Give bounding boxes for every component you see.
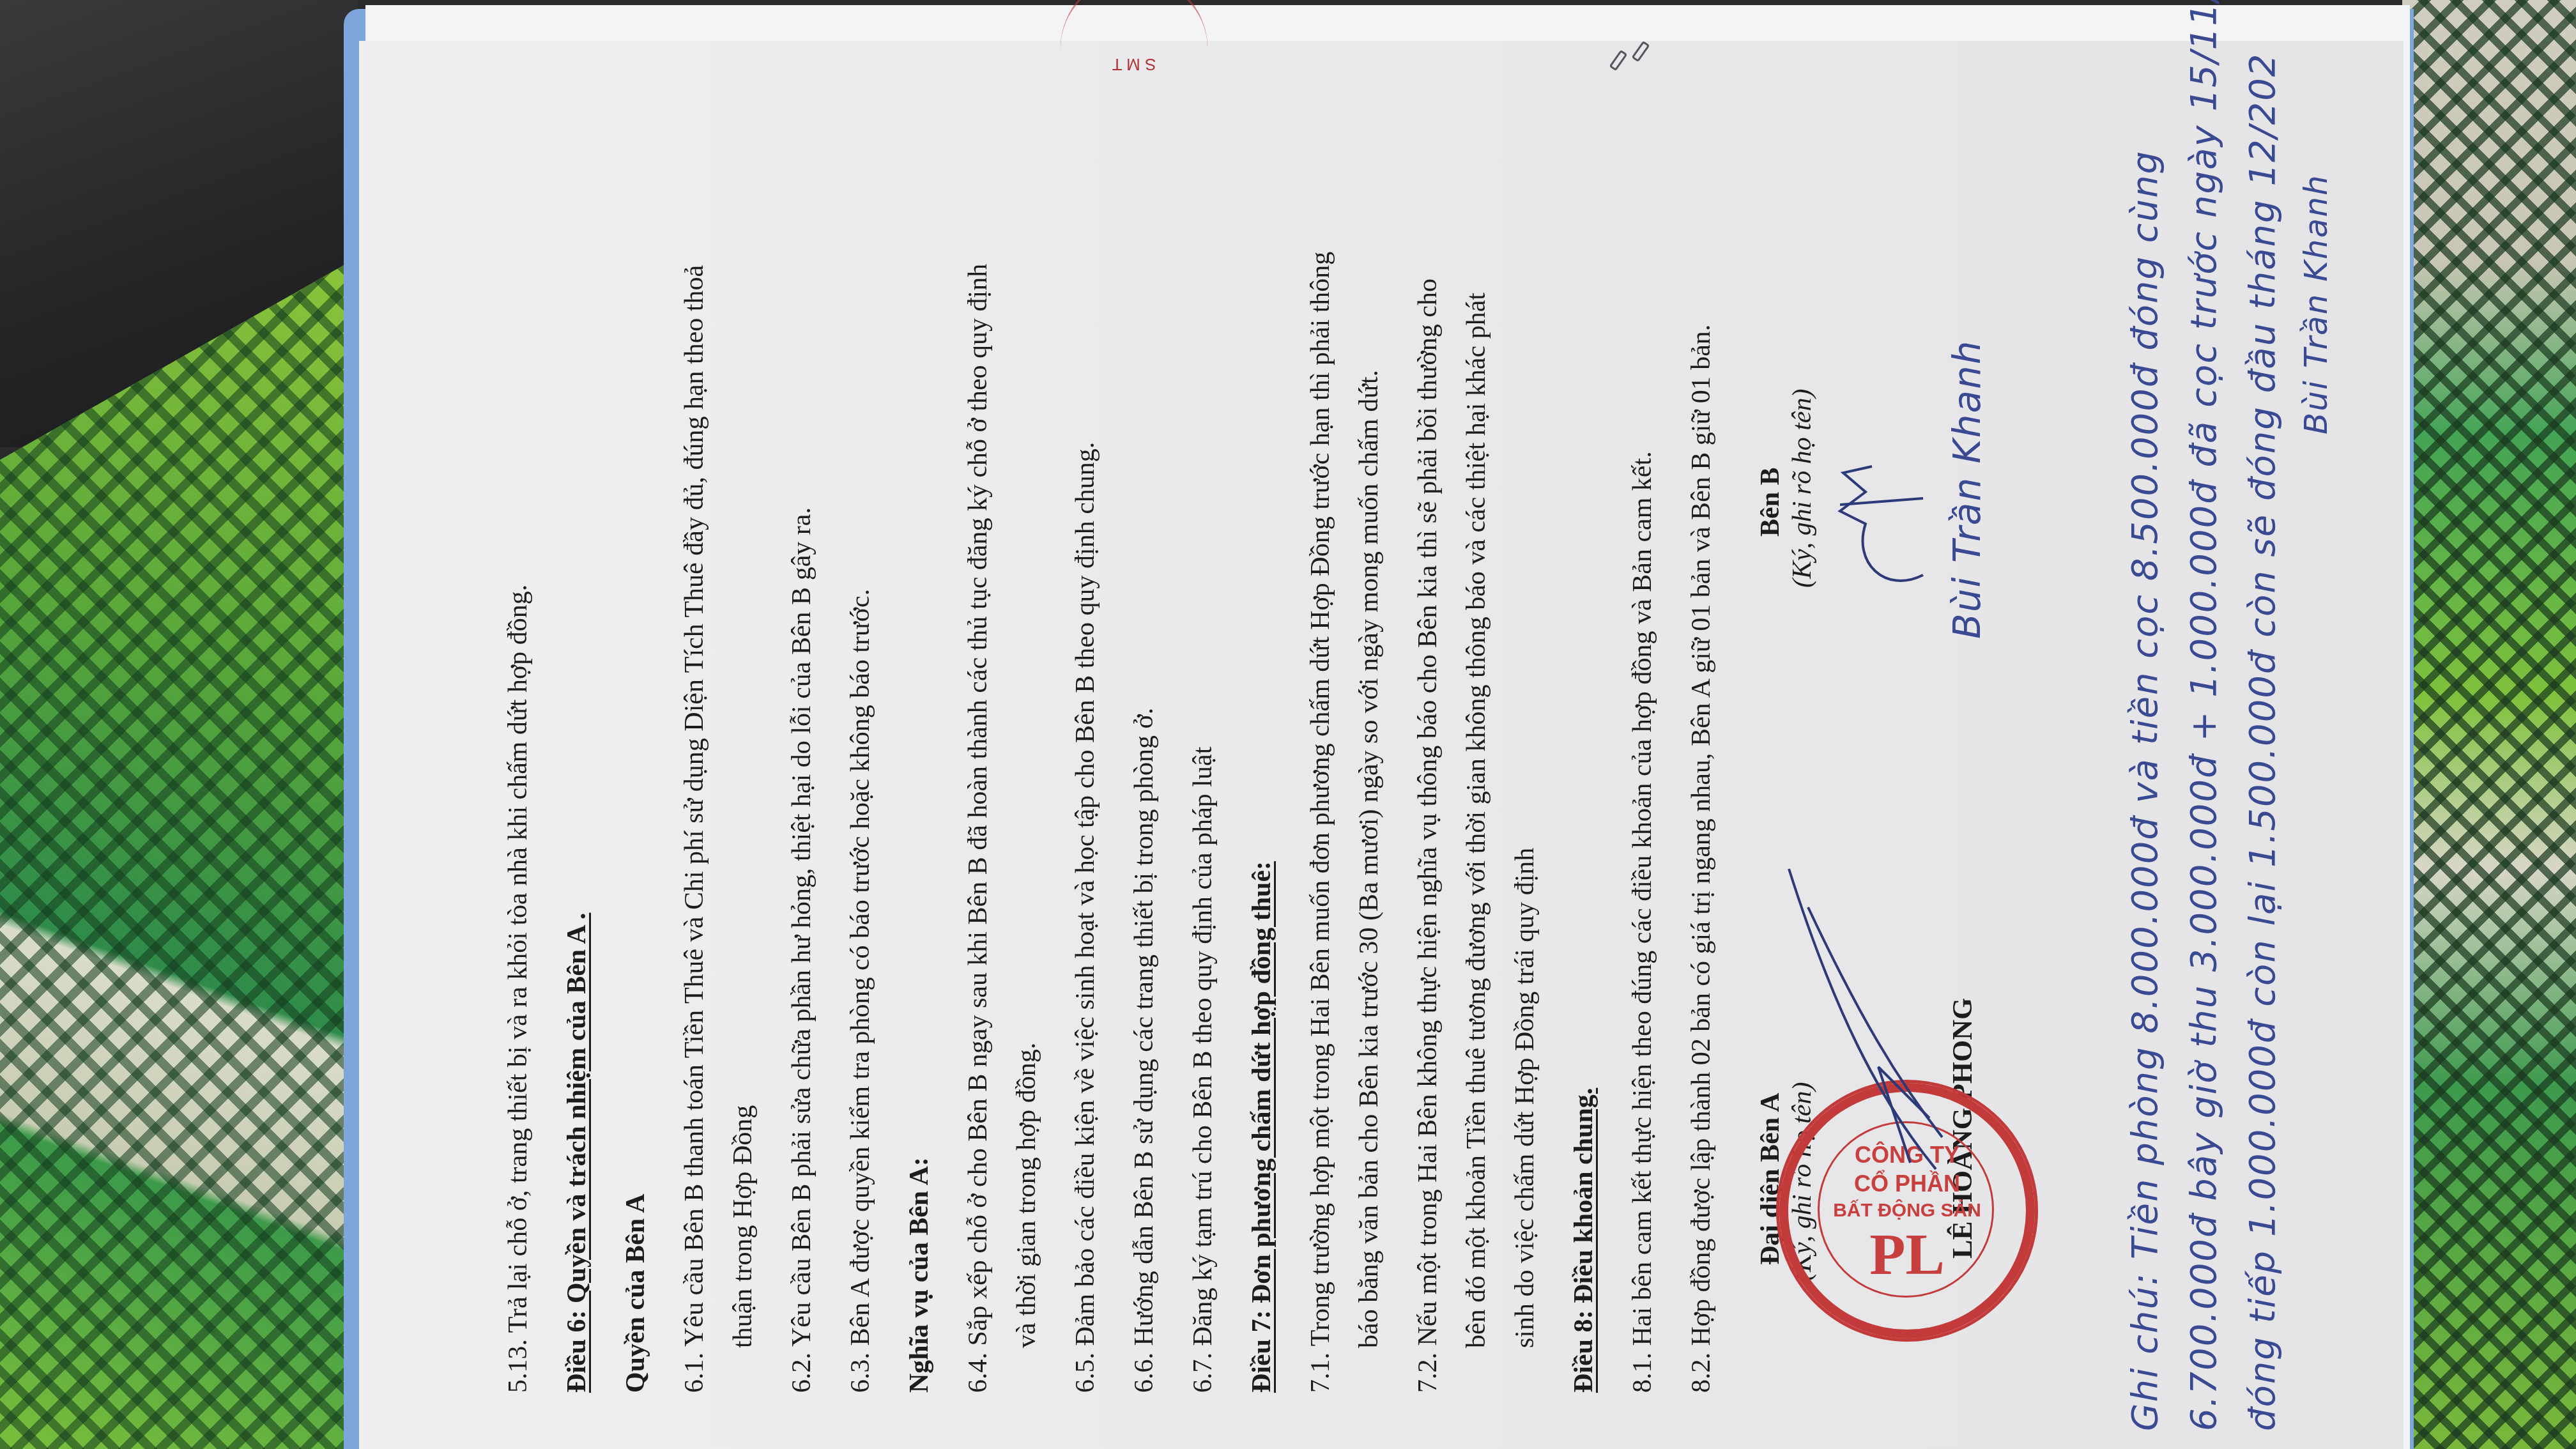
clause-6-6: 6.6. Hướng dẫn Bên B sử dụng các trang t… [1131, 708, 1158, 1393]
clause-6-2: 6.2. Yêu cầu Bên B phải sửa chữa phần hư… [788, 507, 815, 1393]
clause-7-1-cont: báo bằng văn bản cho Bên kia trước 30 (B… [1356, 370, 1383, 1348]
heading-article-6: Điều 6: Quyền và trách nhiệm của Bên A . [563, 913, 590, 1393]
clause-6-1-cont: thuận trong Hợp Đồng [730, 1105, 756, 1348]
note-signature-name: Bùi Trần Khanh [2300, 174, 2332, 434]
party-b-instruction: (Ký, ghi rõ họ tên) [1789, 389, 1816, 588]
clause-6-5: 6.5. Đảm bảo các điều kiện về việc sinh … [1072, 442, 1099, 1393]
clause-6-3: 6.3. Bên A được quyền kiểm tra phòng có … [847, 589, 874, 1393]
subheading-duties-a: Nghĩa vụ của Bên A: [906, 1157, 933, 1393]
clause-5-13: 5.13. Trả lại chỗ ở, trang thiết bị và r… [505, 585, 532, 1393]
contract-text: 5.13. Trả lại chỗ ở, trang thiết bị và r… [505, 51, 2070, 1393]
heading-article-8: Điều 8: Điều khoản chung. [1570, 1088, 1597, 1393]
clause-6-4: 6.4. Sắp xếp chỗ ở cho Bên B ngay sau kh… [965, 264, 992, 1393]
party-b-signature [1827, 409, 1929, 601]
clause-7-2-cont1: bên đó một khoản Tiền thuê tương đương v… [1463, 293, 1490, 1348]
note-line-2: 6.700.000đ bây giờ thu 3.000.000đ + 1.00… [2186, 0, 2222, 1431]
party-b-title: Bên B [1757, 467, 1784, 537]
clause-7-2: 7.2. Nếu một trong Hai Bên không thực hi… [1414, 279, 1441, 1393]
clause-7-1: 7.1. Trong trường hợp một trong Hai Bên … [1307, 252, 1334, 1393]
clause-8-1: 8.1. Hai bên cam kết thực hiện theo đúng… [1629, 451, 1656, 1393]
party-b-handwritten-name: Bùi Trần Khanh [1949, 340, 1986, 639]
heading-article-7: Điều 7: Đơn phương chấm dứt hợp đồng thu… [1248, 861, 1275, 1393]
handwritten-note: Ghi chú: Tiền phòng 8.000.000đ và tiền c… [2127, 0, 2447, 1431]
clause-6-7: 6.7. Đăng ký tạm trú cho Bên B theo quy … [1190, 747, 1216, 1393]
clause-6-1: 6.1. Yêu cầu Bên B thanh toán Tiền Thuê … [681, 265, 708, 1393]
note-line-1: Ghi chú: Tiền phòng 8.000.000đ và tiền c… [2127, 150, 2163, 1431]
subheading-rights-a: Quyền của Bên A [622, 1193, 649, 1393]
note-line-3: đóng tiếp 1.000.000đ còn lại 1.500.000đ … [2245, 53, 2281, 1431]
clause-8-2: 8.2. Hợp đồng được lập thành 02 bản có g… [1688, 325, 1715, 1393]
party-a-signature [1782, 856, 1949, 1176]
clause-7-2-cont2: sinh do việc chấm dứt Hợp Đồng trái quy … [1512, 848, 1538, 1348]
clause-6-4-cont: và thời gian trong hợp đồng. [1013, 1043, 1040, 1348]
